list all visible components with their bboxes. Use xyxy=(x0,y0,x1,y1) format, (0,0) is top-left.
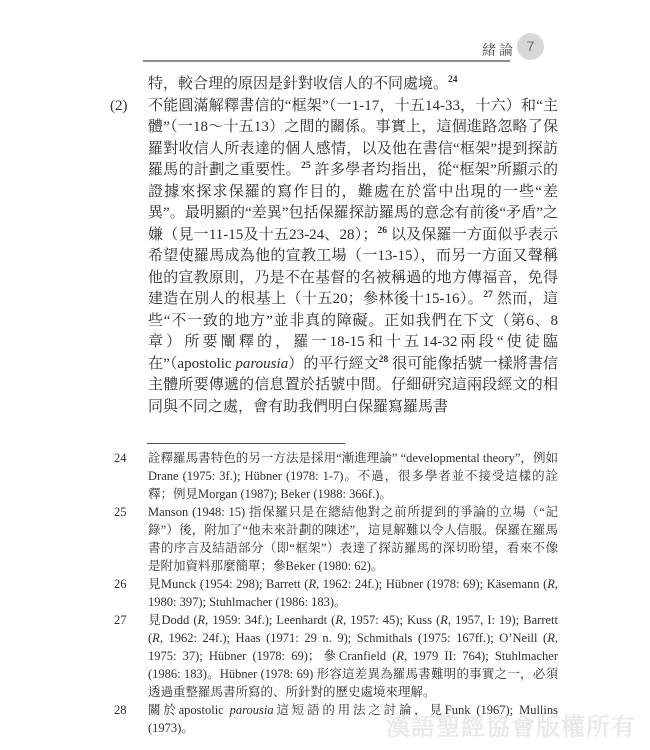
footnote-number: 26 xyxy=(114,575,148,611)
footnotes-list: 24 詮釋羅馬書特色的另一方法是採用“漸進理論” “developmental … xyxy=(114,449,558,737)
footnote-text: Manson (1948: 15) 指保羅只是在總結他對之前所提到的爭論的立場（… xyxy=(148,503,558,575)
footnote-number: 24 xyxy=(114,449,148,503)
list-item-marker: (2) xyxy=(110,96,148,419)
footnote-item: 27 見Dodd (R, 1959: 34f.); Leenhardt (R, … xyxy=(114,611,558,701)
list-item-2: (2) 不能圓滿解釋書信的“框架”（一1-17，十五14-33，十六）和“主體”… xyxy=(110,96,558,419)
footnote-number: 25 xyxy=(114,503,148,575)
footnote-item: 26 見Munck (1954: 298); Barrett (R, 1962:… xyxy=(114,575,558,611)
footnote-text: 見Dodd (R, 1959: 34f.); Leenhardt (R, 195… xyxy=(148,611,558,701)
footnote-text: 見Munck (1954: 298); Barrett (R, 1962: 24… xyxy=(148,575,558,611)
footnote-separator xyxy=(147,443,345,444)
footnote-item: 24 詮釋羅馬書特色的另一方法是採用“漸進理論” “developmental … xyxy=(114,449,558,503)
section-title: 緒論 xyxy=(482,40,516,60)
header-rule xyxy=(143,60,510,62)
footnote-number: 28 xyxy=(114,701,148,737)
paragraph-continuation: 特，較合理的原因是針對收信人的不同處境。24 xyxy=(148,74,558,96)
copyright-watermark: 漢語聖經協會版權所有 xyxy=(386,707,636,742)
list-item-text: 不能圓滿解釋書信的“框架”（一1-17，十五14-33，十六）和“主體”（一18… xyxy=(148,96,558,419)
page-number-badge: 7 xyxy=(517,33,544,60)
footnote-text: 詮釋羅馬書特色的另一方法是採用“漸進理論” “developmental the… xyxy=(148,449,558,503)
footnote-number: 27 xyxy=(114,611,148,701)
footnote-item: 25 Manson (1948: 15) 指保羅只是在總結他對之前所提到的爭論的… xyxy=(114,503,558,575)
main-text-block: 特，較合理的原因是針對收信人的不同處境。24 (2) 不能圓滿解釋書信的“框架”… xyxy=(110,74,558,418)
